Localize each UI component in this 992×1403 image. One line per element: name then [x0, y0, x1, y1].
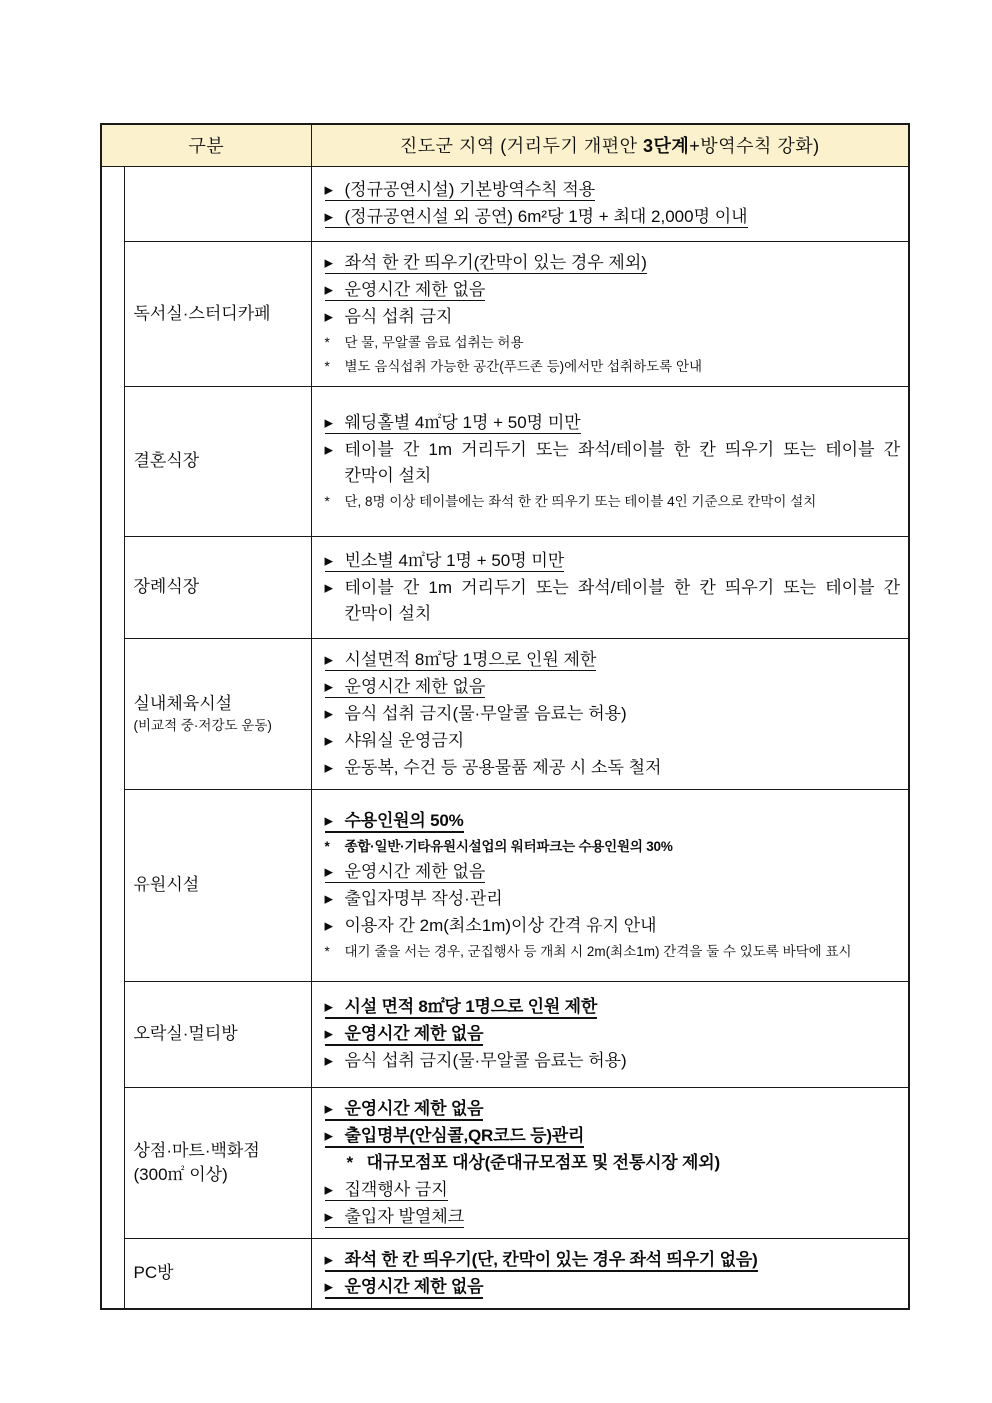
line-content: ▸샤워실 운영금지	[325, 731, 465, 750]
line-content: *대기 줄을 서는 경우, 군집행사 등 개최 시 2m(최소1m) 간격을 둘…	[325, 944, 852, 959]
category-label: 장례식장	[134, 575, 309, 599]
rules-cell: ▸시설면적 8㎡당 1명으로 인원 제한▸운영시간 제한 없음▸음식 섭취 금지…	[311, 638, 909, 789]
line-content: ▸음식 섭취 금지	[325, 307, 453, 326]
rule-text: 이용자 간 2m(최소1m)이상 간격 유지 안내	[345, 916, 657, 935]
rule-line: ▸운영시간 제한 없음	[325, 859, 901, 885]
rule-text: 샤워실 운영금지	[345, 731, 465, 750]
note-line: *대기 줄을 서는 경우, 군집행사 등 개최 시 2m(최소1m) 간격을 둘…	[325, 940, 901, 963]
triangle-bullet-icon: ▸	[325, 575, 345, 601]
line-content: ▸출입자 발열체크	[325, 1207, 465, 1228]
rules-cell: ▸좌석 한 칸 띄우기(단, 칸막이 있는 경우 좌석 띄우기 없음)▸운영시간…	[311, 1238, 909, 1309]
rule-text: (정규공연시설 외 공연) 6m²당 1명 + 최대 2,000명 이내	[345, 207, 748, 226]
table-body: ▸(정규공연시설) 기본방역수칙 적용▸(정규공연시설 외 공연) 6m²당 1…	[101, 166, 909, 1309]
table-row: ▸(정규공연시설) 기본방역수칙 적용▸(정규공연시설 외 공연) 6m²당 1…	[101, 166, 909, 241]
rule-line: ▸샤워실 운영금지	[325, 728, 901, 754]
category-cell: 장례식장	[124, 536, 311, 638]
line-content: ▸테이블 간 1m 거리두기 또는 좌석/테이블 한 칸 띄우기 또는 테이블 …	[325, 578, 901, 623]
rule-line: ▸테이블 간 1m 거리두기 또는 좌석/테이블 한 칸 띄우기 또는 테이블 …	[325, 575, 901, 627]
rule-text: 좌석 한 칸 띄우기(단, 칸막이 있는 경우 좌석 띄우기 없음)	[345, 1250, 758, 1269]
line-content: ▸웨딩홀별 4㎡당 1명 + 50명 미만	[325, 413, 581, 434]
triangle-bullet-icon: ▸	[325, 701, 345, 727]
category-cell: PC방	[124, 1238, 311, 1309]
rule-line: ▸(정규공연시설) 기본방역수칙 적용	[325, 177, 901, 203]
rule-line: ▸수용인원의 50%	[325, 808, 901, 834]
line-content: ▸시설 면적 8㎡당 1명으로 인원 제한	[325, 997, 598, 1019]
table-row: 상점·마트·백화점(300㎡ 이상)▸운영시간 제한 없음▸출입명부(안심콜,Q…	[101, 1087, 909, 1238]
triangle-bullet-icon: ▸	[325, 304, 345, 330]
table-row: PC방▸좌석 한 칸 띄우기(단, 칸막이 있는 경우 좌석 띄우기 없음)▸운…	[101, 1238, 909, 1309]
rule-line: ▸출입자 발열체크	[325, 1204, 901, 1230]
table-row: 오락실·멀티방▸시설 면적 8㎡당 1명으로 인원 제한▸운영시간 제한 없음▸…	[101, 981, 909, 1087]
table-row: 유원시설▸수용인원의 50%*종합·일반·기타유원시설업의 워터파크는 수용인원…	[101, 789, 909, 981]
rule-text: 출입명부(안심콜,QR코드 등)관리	[345, 1126, 585, 1145]
line-content: ▸수용인원의 50%	[325, 811, 464, 833]
line-content: ▸음식 섭취 금지(물·무알콜 음료는 허용)	[325, 704, 627, 723]
line-content: ▸음식 섭취 금지(물·무알콜 음료는 허용)	[325, 1051, 627, 1070]
rules-cell: ▸시설 면적 8㎡당 1명으로 인원 제한▸운영시간 제한 없음▸음식 섭취 금…	[311, 981, 909, 1087]
category-label: PC방	[134, 1261, 309, 1285]
rule-line: ▸출입자명부 작성·관리	[325, 886, 901, 912]
category-cell: 독서실·스터디카페	[124, 241, 311, 386]
rule-text: 운영시간 제한 없음	[345, 1277, 484, 1296]
table-row: 결혼식장▸웨딩홀별 4㎡당 1명 + 50명 미만▸테이블 간 1m 거리두기 …	[101, 386, 909, 536]
line-content: ▸(정규공연시설 외 공연) 6m²당 1명 + 최대 2,000명 이내	[325, 207, 748, 228]
triangle-bullet-icon: ▸	[325, 886, 345, 912]
rule-text: 시설면적 8㎡당 1명으로 인원 제한	[345, 650, 597, 669]
note-line: *별도 음식섭취 가능한 공간(푸드존 등)에서만 섭취하도록 안내	[325, 355, 901, 378]
rule-text: 시설 면적 8㎡당 1명으로 인원 제한	[345, 997, 598, 1016]
triangle-bullet-icon: ▸	[325, 277, 345, 303]
category-cell: 상점·마트·백화점(300㎡ 이상)	[124, 1087, 311, 1238]
rule-line: ▸운영시간 제한 없음	[325, 1274, 901, 1300]
line-content: ▸운동복, 수건 등 공용물품 제공 시 소독 철저	[325, 758, 662, 777]
rule-line: ▸좌석 한 칸 띄우기(칸막이 있는 경우 제외)	[325, 250, 901, 276]
rule-text: 음식 섭취 금지(물·무알콜 음료는 허용)	[345, 704, 627, 723]
rule-line: ▸음식 섭취 금지(물·무알콜 음료는 허용)	[325, 1048, 901, 1074]
line-content: ▸테이블 간 1m 거리두기 또는 좌석/테이블 한 칸 띄우기 또는 테이블 …	[325, 440, 901, 485]
triangle-bullet-icon: ▸	[325, 250, 345, 276]
line-content: ▸운영시간 제한 없음	[325, 862, 486, 883]
rule-line: ▸좌석 한 칸 띄우기(단, 칸막이 있는 경우 좌석 띄우기 없음)	[325, 1247, 901, 1273]
rule-text: 수용인원의 50%	[345, 811, 464, 830]
rules-cell: ▸운영시간 제한 없음▸출입명부(안심콜,QR코드 등)관리*대규모점포 대상(…	[311, 1087, 909, 1238]
rules-cell: ▸빈소별 4㎡당 1명 + 50명 미만▸테이블 간 1m 거리두기 또는 좌석…	[311, 536, 909, 638]
line-content: *단, 8명 이상 테이블에는 좌석 한 칸 띄우기 또는 테이블 4인 기준으…	[325, 494, 817, 509]
asterisk-marker-icon: *	[347, 1150, 367, 1176]
line-content: *대규모점포 대상(준대규모점포 및 전통시장 제외)	[347, 1153, 720, 1172]
rule-line: ▸웨딩홀별 4㎡당 1명 + 50명 미만	[325, 410, 901, 436]
category-cell: 유원시설	[124, 789, 311, 981]
triangle-bullet-icon: ▸	[325, 994, 345, 1020]
line-content: *단 물, 무알콜 음료 섭취는 허용	[325, 335, 524, 350]
triangle-bullet-icon: ▸	[325, 1247, 345, 1273]
rule-line: ▸출입명부(안심콜,QR코드 등)관리	[325, 1123, 901, 1149]
triangle-bullet-icon: ▸	[325, 410, 345, 436]
rule-text: 운영시간 제한 없음	[345, 1024, 484, 1043]
rule-text: 출입자명부 작성·관리	[345, 889, 503, 908]
rule-line: ▸테이블 간 1m 거리두기 또는 좌석/테이블 한 칸 띄우기 또는 테이블 …	[325, 437, 901, 489]
line-content: *종합·일반·기타유원시설업의 워터파크는 수용인원의 30%	[325, 839, 673, 854]
region-header-stage: 3단계	[643, 136, 689, 156]
category-cell	[124, 166, 311, 241]
rule-text: 빈소별 4㎡당 1명 + 50명 미만	[345, 551, 565, 570]
line-content: ▸운영시간 제한 없음	[325, 1099, 484, 1121]
rule-line: ▸음식 섭취 금지(물·무알콜 음료는 허용)	[325, 701, 901, 727]
rule-text: 음식 섭취 금지(물·무알콜 음료는 허용)	[345, 1051, 627, 1070]
asterisk-marker-icon: *	[325, 331, 345, 354]
region-header-suffix: +방역수칙 강화)	[689, 136, 819, 156]
rule-line: ▸운동복, 수건 등 공용물품 제공 시 소독 철저	[325, 755, 901, 781]
rule-text: 집객행사 금지	[345, 1180, 448, 1199]
category-sublabel: (300㎡ 이상)	[134, 1163, 309, 1187]
triangle-bullet-icon: ▸	[325, 437, 345, 463]
rule-line: ▸음식 섭취 금지	[325, 304, 901, 330]
asterisk-marker-icon: *	[325, 490, 345, 513]
rule-line: ▸집객행사 금지	[325, 1177, 901, 1203]
line-content: ▸운영시간 제한 없음	[325, 1024, 484, 1046]
rule-text: 음식 섭취 금지	[345, 307, 453, 326]
note-line: *종합·일반·기타유원시설업의 워터파크는 수용인원의 30%	[325, 835, 901, 858]
line-content: ▸출입명부(안심콜,QR코드 등)관리	[325, 1126, 585, 1148]
category-header-label: 구분	[188, 136, 224, 156]
line-content: ▸(정규공연시설) 기본방역수칙 적용	[325, 180, 596, 201]
triangle-bullet-icon: ▸	[325, 1096, 345, 1122]
triangle-bullet-icon: ▸	[325, 674, 345, 700]
line-content: ▸운영시간 제한 없음	[325, 677, 486, 698]
rules-cell: ▸웨딩홀별 4㎡당 1명 + 50명 미만▸테이블 간 1m 거리두기 또는 좌…	[311, 386, 909, 536]
note-line: *단 물, 무알콜 음료 섭취는 허용	[325, 331, 901, 354]
category-cell: 오락실·멀티방	[124, 981, 311, 1087]
category-label: 결혼식장	[134, 449, 309, 473]
rule-text: 출입자 발열체크	[345, 1207, 465, 1226]
category-label: 유원시설	[134, 873, 309, 897]
rule-line: ▸운영시간 제한 없음	[325, 1096, 901, 1122]
line-content: ▸빈소별 4㎡당 1명 + 50명 미만	[325, 551, 565, 572]
rule-line: ▸빈소별 4㎡당 1명 + 50명 미만	[325, 548, 901, 574]
rule-text: 운영시간 제한 없음	[345, 862, 486, 881]
triangle-bullet-icon: ▸	[325, 913, 345, 939]
rule-text: (정규공연시설) 기본방역수칙 적용	[345, 180, 596, 199]
gutter-cell	[101, 166, 124, 1309]
category-cell: 실내체육시설(비교적 중·저강도 운동)	[124, 638, 311, 789]
triangle-bullet-icon: ▸	[325, 808, 345, 834]
rule-line: ▸운영시간 제한 없음	[325, 1021, 901, 1047]
category-label: 오락실·멀티방	[134, 1022, 309, 1046]
triangle-bullet-icon: ▸	[325, 1204, 345, 1230]
rules-cell: ▸좌석 한 칸 띄우기(칸막이 있는 경우 제외)▸운영시간 제한 없음▸음식 …	[311, 241, 909, 386]
line-content: ▸시설면적 8㎡당 1명으로 인원 제한	[325, 650, 597, 671]
line-content: ▸운영시간 제한 없음	[325, 280, 486, 301]
line-content: *별도 음식섭취 가능한 공간(푸드존 등)에서만 섭취하도록 안내	[325, 359, 703, 374]
line-content: ▸좌석 한 칸 띄우기(단, 칸막이 있는 경우 좌석 띄우기 없음)	[325, 1250, 758, 1272]
triangle-bullet-icon: ▸	[325, 177, 345, 203]
rule-text: 종합·일반·기타유원시설업의 워터파크는 수용인원의 30%	[345, 839, 673, 854]
category-label: 실내체육시설	[134, 692, 309, 716]
triangle-bullet-icon: ▸	[325, 1123, 345, 1149]
category-sublabel: (비교적 중·저강도 운동)	[134, 716, 309, 736]
asterisk-marker-icon: *	[325, 940, 345, 963]
line-content: ▸좌석 한 칸 띄우기(칸막이 있는 경우 제외)	[325, 253, 647, 274]
triangle-bullet-icon: ▸	[325, 204, 345, 230]
triangle-bullet-icon: ▸	[325, 859, 345, 885]
rule-text: 운동복, 수건 등 공용물품 제공 시 소독 철저	[345, 758, 662, 777]
category-cell: 결혼식장	[124, 386, 311, 536]
note-line: *단, 8명 이상 테이블에는 좌석 한 칸 띄우기 또는 테이블 4인 기준으…	[325, 490, 901, 513]
rules-cell: ▸(정규공연시설) 기본방역수칙 적용▸(정규공연시설 외 공연) 6m²당 1…	[311, 166, 909, 241]
asterisk-marker-icon: *	[325, 355, 345, 378]
document-page: 구분 진도군 지역 (거리두기 개편안 3단계+방역수칙 강화) ▸(정규공연시…	[0, 0, 992, 1403]
table-row: 독서실·스터디카페▸좌석 한 칸 띄우기(칸막이 있는 경우 제외)▸운영시간 …	[101, 241, 909, 386]
triangle-bullet-icon: ▸	[325, 647, 345, 673]
rule-text: 운영시간 제한 없음	[345, 280, 486, 299]
category-label: 독서실·스터디카페	[134, 302, 309, 326]
line-content: ▸집객행사 금지	[325, 1180, 448, 1201]
rules-cell: ▸수용인원의 50%*종합·일반·기타유원시설업의 워터파크는 수용인원의 30…	[311, 789, 909, 981]
rule-line: ▸(정규공연시설 외 공연) 6m²당 1명 + 최대 2,000명 이내	[325, 204, 901, 230]
rule-text: 운영시간 제한 없음	[345, 1099, 484, 1118]
region-header-prefix: 진도군 지역 (거리두기 개편안	[400, 136, 643, 156]
rule-line: ▸시설면적 8㎡당 1명으로 인원 제한	[325, 647, 901, 673]
column-header-region: 진도군 지역 (거리두기 개편안 3단계+방역수칙 강화)	[311, 124, 909, 166]
category-label: 상점·마트·백화점	[134, 1139, 309, 1163]
rule-text: 운영시간 제한 없음	[345, 677, 486, 696]
column-header-category: 구분	[101, 124, 311, 166]
triangle-bullet-icon: ▸	[325, 755, 345, 781]
rule-line: ▸운영시간 제한 없음	[325, 277, 901, 303]
rule-line: ▸시설 면적 8㎡당 1명으로 인원 제한	[325, 994, 901, 1020]
triangle-bullet-icon: ▸	[325, 728, 345, 754]
rule-text: 대기 줄을 서는 경우, 군집행사 등 개최 시 2m(최소1m) 간격을 둘 …	[345, 944, 852, 959]
rule-text: 별도 음식섭취 가능한 공간(푸드존 등)에서만 섭취하도록 안내	[345, 359, 703, 374]
line-content: ▸출입자명부 작성·관리	[325, 889, 503, 908]
asterisk-marker-icon: *	[325, 835, 345, 858]
triangle-bullet-icon: ▸	[325, 548, 345, 574]
table-row: 실내체육시설(비교적 중·저강도 운동)▸시설면적 8㎡당 1명으로 인원 제한…	[101, 638, 909, 789]
table-row: 장례식장▸빈소별 4㎡당 1명 + 50명 미만▸테이블 간 1m 거리두기 또…	[101, 536, 909, 638]
rule-text: 단, 8명 이상 테이블에는 좌석 한 칸 띄우기 또는 테이블 4인 기준으로…	[345, 494, 817, 509]
rule-line: ▸운영시간 제한 없음	[325, 674, 901, 700]
line-content: ▸운영시간 제한 없음	[325, 1277, 484, 1299]
rule-text: 테이블 간 1m 거리두기 또는 좌석/테이블 한 칸 띄우기 또는 테이블 간…	[345, 578, 901, 623]
triangle-bullet-icon: ▸	[325, 1177, 345, 1203]
rule-line: ▸이용자 간 2m(최소1m)이상 간격 유지 안내	[325, 913, 901, 939]
triangle-bullet-icon: ▸	[325, 1274, 345, 1300]
rule-text: 좌석 한 칸 띄우기(칸막이 있는 경우 제외)	[345, 253, 647, 272]
line-content: ▸이용자 간 2m(최소1m)이상 간격 유지 안내	[325, 916, 657, 935]
rule-text: 웨딩홀별 4㎡당 1명 + 50명 미만	[345, 413, 581, 432]
rule-text: 대규모점포 대상(준대규모점포 및 전통시장 제외)	[367, 1153, 720, 1172]
triangle-bullet-icon: ▸	[325, 1048, 345, 1074]
header-row: 구분 진도군 지역 (거리두기 개편안 3단계+방역수칙 강화)	[101, 124, 909, 166]
note-line: *대규모점포 대상(준대규모점포 및 전통시장 제외)	[325, 1150, 901, 1176]
rule-text: 테이블 간 1m 거리두기 또는 좌석/테이블 한 칸 띄우기 또는 테이블 간…	[345, 440, 901, 485]
rule-text: 단 물, 무알콜 음료 섭취는 허용	[345, 335, 524, 350]
table-header: 구분 진도군 지역 (거리두기 개편안 3단계+방역수칙 강화)	[101, 124, 909, 166]
distancing-rules-table: 구분 진도군 지역 (거리두기 개편안 3단계+방역수칙 강화) ▸(정규공연시…	[100, 123, 910, 1310]
triangle-bullet-icon: ▸	[325, 1021, 345, 1047]
